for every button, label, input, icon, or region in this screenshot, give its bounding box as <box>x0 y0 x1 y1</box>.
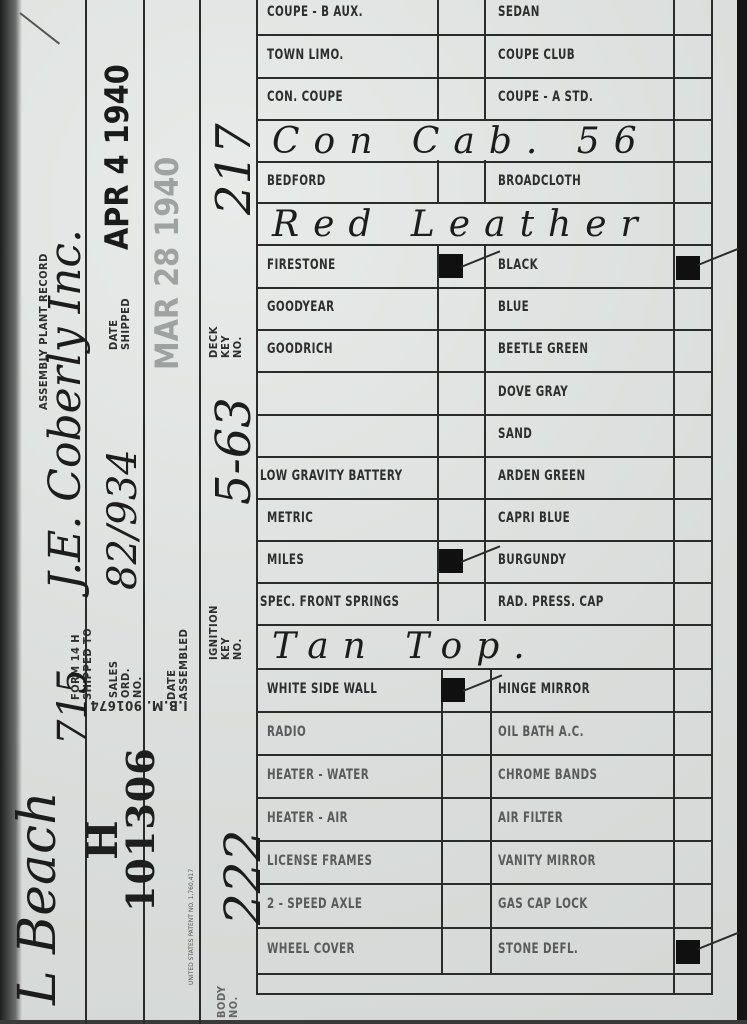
destination-note: L Beach <box>8 791 68 1005</box>
option-label-right: SAND <box>498 426 532 442</box>
date-shipped-stamp: APR 4 1940 <box>98 64 136 250</box>
option-label-right: RAD. PRESS. CAP <box>498 594 604 610</box>
option-label-right: COUPE - A STD. <box>498 89 593 105</box>
handwritten-note: Tan Top. <box>272 626 539 667</box>
option-label-left: FIRESTONE <box>267 257 336 273</box>
sales-order-label: SALES ORD. NO. <box>108 658 144 698</box>
grid-rule <box>256 754 713 756</box>
grid-rule <box>256 77 713 79</box>
option-label-left: WHEEL COVER <box>267 941 355 957</box>
grid-rule <box>256 797 713 799</box>
grid-rule <box>256 287 713 289</box>
option-label-right: BROADCLOTH <box>498 173 581 189</box>
photo-edge-shadow-right <box>737 0 747 1024</box>
option-label-left: WHITE SIDE WALL <box>267 681 377 697</box>
option-label-right: STONE DEFL. <box>498 941 578 957</box>
option-label-right: HINGE MIRROR <box>498 681 590 697</box>
rule-mid-1c <box>484 244 486 621</box>
grid-rule <box>256 329 713 331</box>
option-label-left: MILES <box>267 552 304 568</box>
destination-code: 715 <box>50 669 96 745</box>
option-label-left: GOODYEAR <box>267 299 335 315</box>
grid-rule <box>256 34 713 36</box>
option-label-right: DOVE GRAY <box>498 384 568 400</box>
option-label-left: LICENSE FRAMES <box>267 853 372 869</box>
option-label-right: CHROME BANDS <box>498 767 597 783</box>
option-label-right: GAS CAP LOCK <box>498 896 588 912</box>
serial-number: 101306 <box>118 747 163 912</box>
shipped-to-value: J.E. Coberly Inc. <box>40 229 91 590</box>
option-label-right: BLUE <box>498 299 529 315</box>
check-mark-left[interactable] <box>441 678 465 702</box>
body-no-label: BODY NO. <box>216 988 240 1018</box>
rule-mid-1b <box>484 160 486 202</box>
option-label-right: BEETLE GREEN <box>498 341 588 357</box>
grid-rule <box>256 498 713 500</box>
option-label-left: COUPE - B AUX. <box>267 4 363 20</box>
option-label-left: LOW GRAVITY BATTERY <box>260 468 403 484</box>
patent-text: UNITED STATES PATENT NO. 1,760,417 <box>188 869 195 985</box>
check-mark-left[interactable] <box>439 549 463 573</box>
option-label-left: METRIC <box>267 510 313 526</box>
grid-rule <box>256 414 713 416</box>
date-assembled-stamp: MAR 28 1940 <box>148 157 186 370</box>
rule-check-a <box>437 0 439 120</box>
check-mark-left[interactable] <box>439 254 463 278</box>
rule-check-a2 <box>437 160 439 202</box>
option-label-right: OIL BATH A.C. <box>498 724 584 740</box>
ibm-number: I.B.M. 901674 <box>90 698 188 710</box>
option-label-left: BEDFORD <box>267 173 326 189</box>
option-label-right: CAPRI BLUE <box>498 510 570 526</box>
handwritten-note: Red Leather <box>272 204 652 245</box>
option-label-left: GOODRICH <box>267 341 333 357</box>
option-label-right: BURGUNDY <box>498 552 566 568</box>
photo-edge-shadow-bottom <box>0 1020 747 1024</box>
ignition-key-label: IGNITION KEY NO. <box>208 620 244 660</box>
option-label-left: CON. COUPE <box>267 89 343 105</box>
date-assembled-label: DATE ASSEMBLED <box>166 660 190 700</box>
option-label-right: COUPE CLUB <box>498 47 575 63</box>
grid-rule <box>256 927 713 929</box>
option-label-left: HEATER - WATER <box>267 767 369 783</box>
option-label-right: BLACK <box>498 257 538 273</box>
grid-rule <box>256 883 713 885</box>
grid-rule <box>256 840 713 842</box>
sales-order-value: 82/934 <box>100 449 146 590</box>
grid-rule <box>256 668 713 670</box>
option-label-left: 2 - SPEED AXLE <box>267 896 362 912</box>
option-label-right: ARDEN GREEN <box>498 468 586 484</box>
option-label-right: AIR FILTER <box>498 810 563 826</box>
grid-rule <box>256 711 713 713</box>
grid-rule <box>256 540 713 542</box>
option-label-left: TOWN LIMO. <box>267 47 344 63</box>
grid-rule <box>256 582 713 584</box>
option-label-right: SEDAN <box>498 4 540 20</box>
option-label-right: VANITY MIRROR <box>498 853 596 869</box>
grid-rule <box>256 973 713 975</box>
check-mark-right[interactable] <box>676 256 700 280</box>
rule-left-3 <box>199 0 201 1024</box>
rule-mid-1 <box>484 0 486 120</box>
grid-rule <box>256 456 713 458</box>
ignition-key-value: 5-63 <box>206 397 262 505</box>
handwritten-note: Con Cab. 56 <box>272 121 651 162</box>
date-shipped-label: DATE SHIPPED <box>108 310 132 350</box>
check-mark-right[interactable] <box>676 940 700 964</box>
option-label-left: RADIO <box>267 724 306 740</box>
grid-rule-bottom <box>256 993 713 995</box>
option-label-left: SPEC. FRONT SPRINGS <box>260 594 399 610</box>
option-label-left: HEATER - AIR <box>267 810 348 826</box>
deck-key-value: 217 <box>206 123 262 215</box>
grid-rule <box>256 371 713 373</box>
deck-key-label: DECK KEY NO. <box>208 318 244 358</box>
body-no-value: 222 <box>214 830 272 925</box>
